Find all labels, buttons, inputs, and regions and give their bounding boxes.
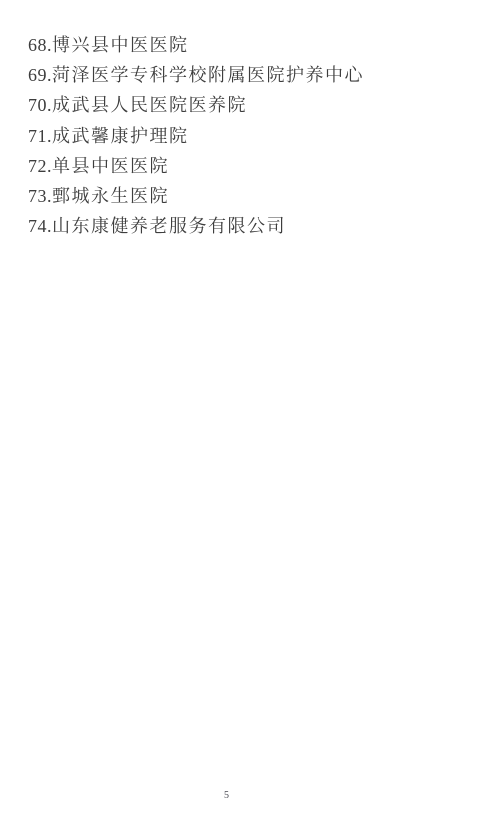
- item-number: 74.: [28, 216, 52, 236]
- list-item: 72.单县中医医院: [28, 151, 489, 181]
- list-item: 70.成武县人民医院医养院: [28, 90, 489, 120]
- list-item: 69.菏泽医学专科学校附属医院护养中心: [28, 60, 489, 90]
- list-item: 68.博兴县中医医院: [28, 30, 489, 60]
- item-name: 鄄城永生医院: [52, 186, 169, 206]
- list-item: 74.山东康健养老服务有限公司: [28, 211, 489, 241]
- item-name: 山东康健养老服务有限公司: [52, 216, 286, 236]
- document-page: 68.博兴县中医医院 69.菏泽医学专科学校附属医院护养中心 70.成武县人民医…: [0, 0, 499, 833]
- item-number: 70.: [28, 95, 52, 115]
- item-number: 69.: [28, 65, 52, 85]
- item-number: 72.: [28, 156, 52, 176]
- list-item: 73.鄄城永生医院: [28, 181, 489, 211]
- page-number: 5: [224, 790, 229, 801]
- item-name: 博兴县中医医院: [52, 35, 189, 55]
- item-number: 68.: [28, 35, 52, 55]
- facility-list: 68.博兴县中医医院 69.菏泽医学专科学校附属医院护养中心 70.成武县人民医…: [28, 30, 489, 241]
- item-name: 成武县人民医院医养院: [52, 95, 247, 115]
- item-name: 成武馨康护理院: [52, 126, 189, 146]
- list-item: 71.成武馨康护理院: [28, 121, 489, 151]
- item-name: 单县中医医院: [52, 156, 169, 176]
- item-name: 菏泽医学专科学校附属医院护养中心: [52, 65, 364, 85]
- item-number: 71.: [28, 126, 52, 146]
- item-number: 73.: [28, 186, 52, 206]
